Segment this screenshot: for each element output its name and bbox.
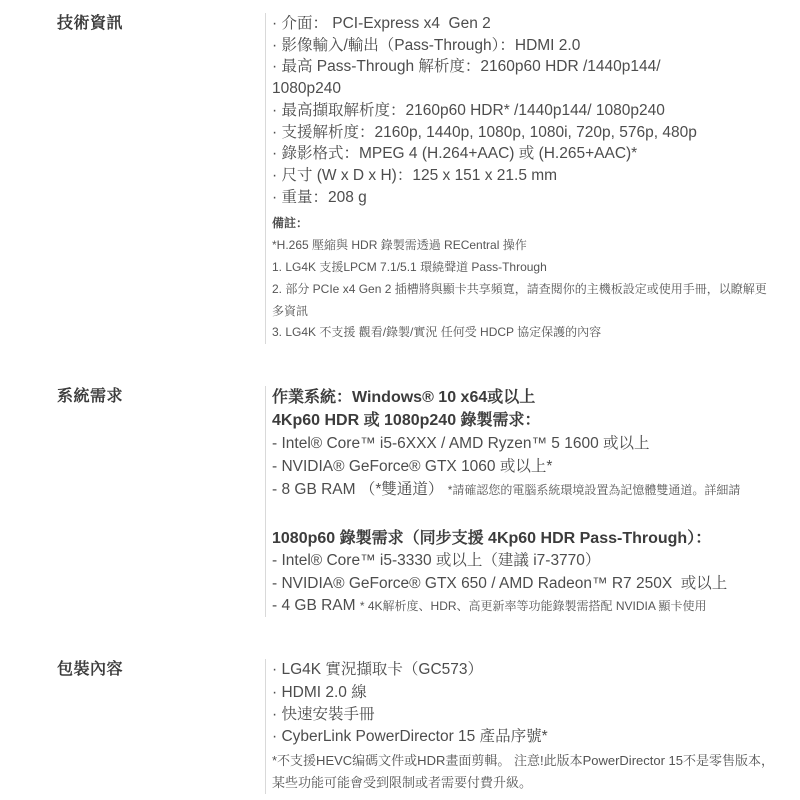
spec-dimensions: · 尺寸 (W x D x H)：125 x 151 x 21.5 mm (272, 165, 774, 187)
req-4kp60-ram: - 8 GB RAM （*雙通道） *請確認您的電腦系統環境設置為記憶體雙通道。… (272, 478, 774, 502)
section-package-contents: 包裝內容 · LG4K 實況擷取卡（GC573） · HDMI 2.0 線 · … (0, 659, 800, 800)
os-requirement: 作業系統：Windows® 10 x64或以上 (272, 386, 774, 409)
spec-max-capture: · 最高擷取解析度：2160p60 HDR* /1440p144/ 1080p2… (272, 100, 774, 122)
package-label-column: 包裝內容 (0, 659, 265, 794)
ram-4gb-text: - 4 GB RAM (272, 597, 360, 614)
req-1080p60-cpu: - Intel® Core™ i5-3330 或以上（建議 i7-3770） (272, 550, 774, 572)
system-req-label-column: 系統需求 (0, 386, 265, 617)
pkg-powerdirector-key: · CyberLink PowerDirector 15 產品序號* (272, 726, 774, 748)
note-h265: *H.265 壓縮與 HDR 錄製需透過 RECentral 操作 (272, 235, 774, 257)
req-1080p60-ram: - 4 GB RAM * 4K解析度、HDR、高更新率等功能錄製需搭配 NVID… (272, 595, 774, 617)
requirements-1080p60: 1080p60 錄製需求（同步支援 4Kp60 HDR Pass-Through… (272, 528, 774, 617)
note-pcie-bandwidth: 2. 部分 PCIe x4 Gen 2 插槽將與顯卡共享頻寬，請查閱你的主機板設… (272, 279, 774, 323)
product-spec-page: 技術資訊 · 介面： PCI-Express x4 Gen 2 · 影像輸入/輸… (0, 0, 800, 800)
note-lpcm: 1. LG4K 支援LPCM 7.1/5.1 環繞聲道 Pass-Through (272, 257, 774, 279)
req-1080p60-gpu: - NVIDIA® GeForce® GTX 650 / AMD Radeon™… (272, 573, 774, 595)
ram-4gb-note: * 4K解析度、HDR、高更新率等功能錄製需搭配 NVIDIA 顯卡使用 (360, 599, 707, 613)
notes-title: 備註： (272, 213, 774, 235)
ram-8gb-note: *請確認您的電腦系統環境設置為記憶體雙通道。詳細請 (448, 483, 741, 497)
req-1080p60-heading: 1080p60 錄製需求（同步支援 4Kp60 HDR Pass-Through… (272, 528, 774, 550)
pkg-quick-guide: · 快速安裝手冊 (272, 704, 774, 726)
req-4kp60-cpu: - Intel® Core™ i5-6XXX / AMD Ryzen™ 5 16… (272, 432, 774, 455)
pkg-hdmi-cable: · HDMI 2.0 線 (272, 682, 774, 704)
spec-weight: · 重量：208 g (272, 187, 774, 209)
note-hdcp: 3. LG4K 不支援 觀看/錄製/實況 任何受 HDCP 協定保護的內容 (272, 322, 774, 344)
tech-notes: 備註： *H.265 壓縮與 HDR 錄製需透過 RECentral 操作 1.… (272, 213, 774, 344)
section-label-tech-info: 技術資訊 (57, 13, 265, 35)
section-label-system-req: 系統需求 (57, 386, 265, 408)
spec-max-passthrough: · 最高 Pass-Through 解析度：2160p60 HDR /1440p… (272, 56, 774, 78)
spec-interface: · 介面： PCI-Express x4 Gen 2 (272, 13, 774, 35)
req-4kp60-heading: 4Kp60 HDR 或 1080p240 錄製需求： (272, 409, 774, 432)
spec-max-passthrough-wrap: 1080p240 (272, 78, 774, 100)
pkg-capture-card: · LG4K 實況擷取卡（GC573） (272, 659, 774, 681)
package-content: · LG4K 實況擷取卡（GC573） · HDMI 2.0 線 · 快速安裝手… (265, 659, 800, 794)
tech-info-label-column: 技術資訊 (0, 13, 265, 344)
requirements-4kp60: 4Kp60 HDR 或 1080p240 錄製需求： - Intel® Core… (272, 409, 774, 502)
spec-supported-resolutions: · 支援解析度：2160p, 1440p, 1080p, 1080i, 720p… (272, 122, 774, 144)
pkg-note: *不支援HEVC编碼文件或HDR畫面剪輯。 注意!此版本PowerDirecto… (272, 750, 774, 794)
section-label-package: 包裝內容 (57, 659, 265, 681)
system-req-content: 作業系統：Windows® 10 x64或以上 4Kp60 HDR 或 1080… (265, 386, 800, 617)
spec-video-io: · 影像輸入/輸出（Pass-Through）：HDMI 2.0 (272, 35, 774, 57)
ram-8gb-text: - 8 GB RAM （*雙通道） (272, 481, 448, 498)
section-tech-info: 技術資訊 · 介面： PCI-Express x4 Gen 2 · 影像輸入/輸… (0, 13, 800, 386)
tech-info-content: · 介面： PCI-Express x4 Gen 2 · 影像輸入/輸出（Pas… (265, 13, 800, 344)
section-system-requirements: 系統需求 作業系統：Windows® 10 x64或以上 4Kp60 HDR 或… (0, 386, 800, 659)
req-4kp60-gpu: - NVIDIA® GeForce® GTX 1060 或以上* (272, 455, 774, 478)
spec-record-format: · 錄影格式：MPEG 4 (H.264+AAC) 或 (H.265+AAC)* (272, 143, 774, 165)
